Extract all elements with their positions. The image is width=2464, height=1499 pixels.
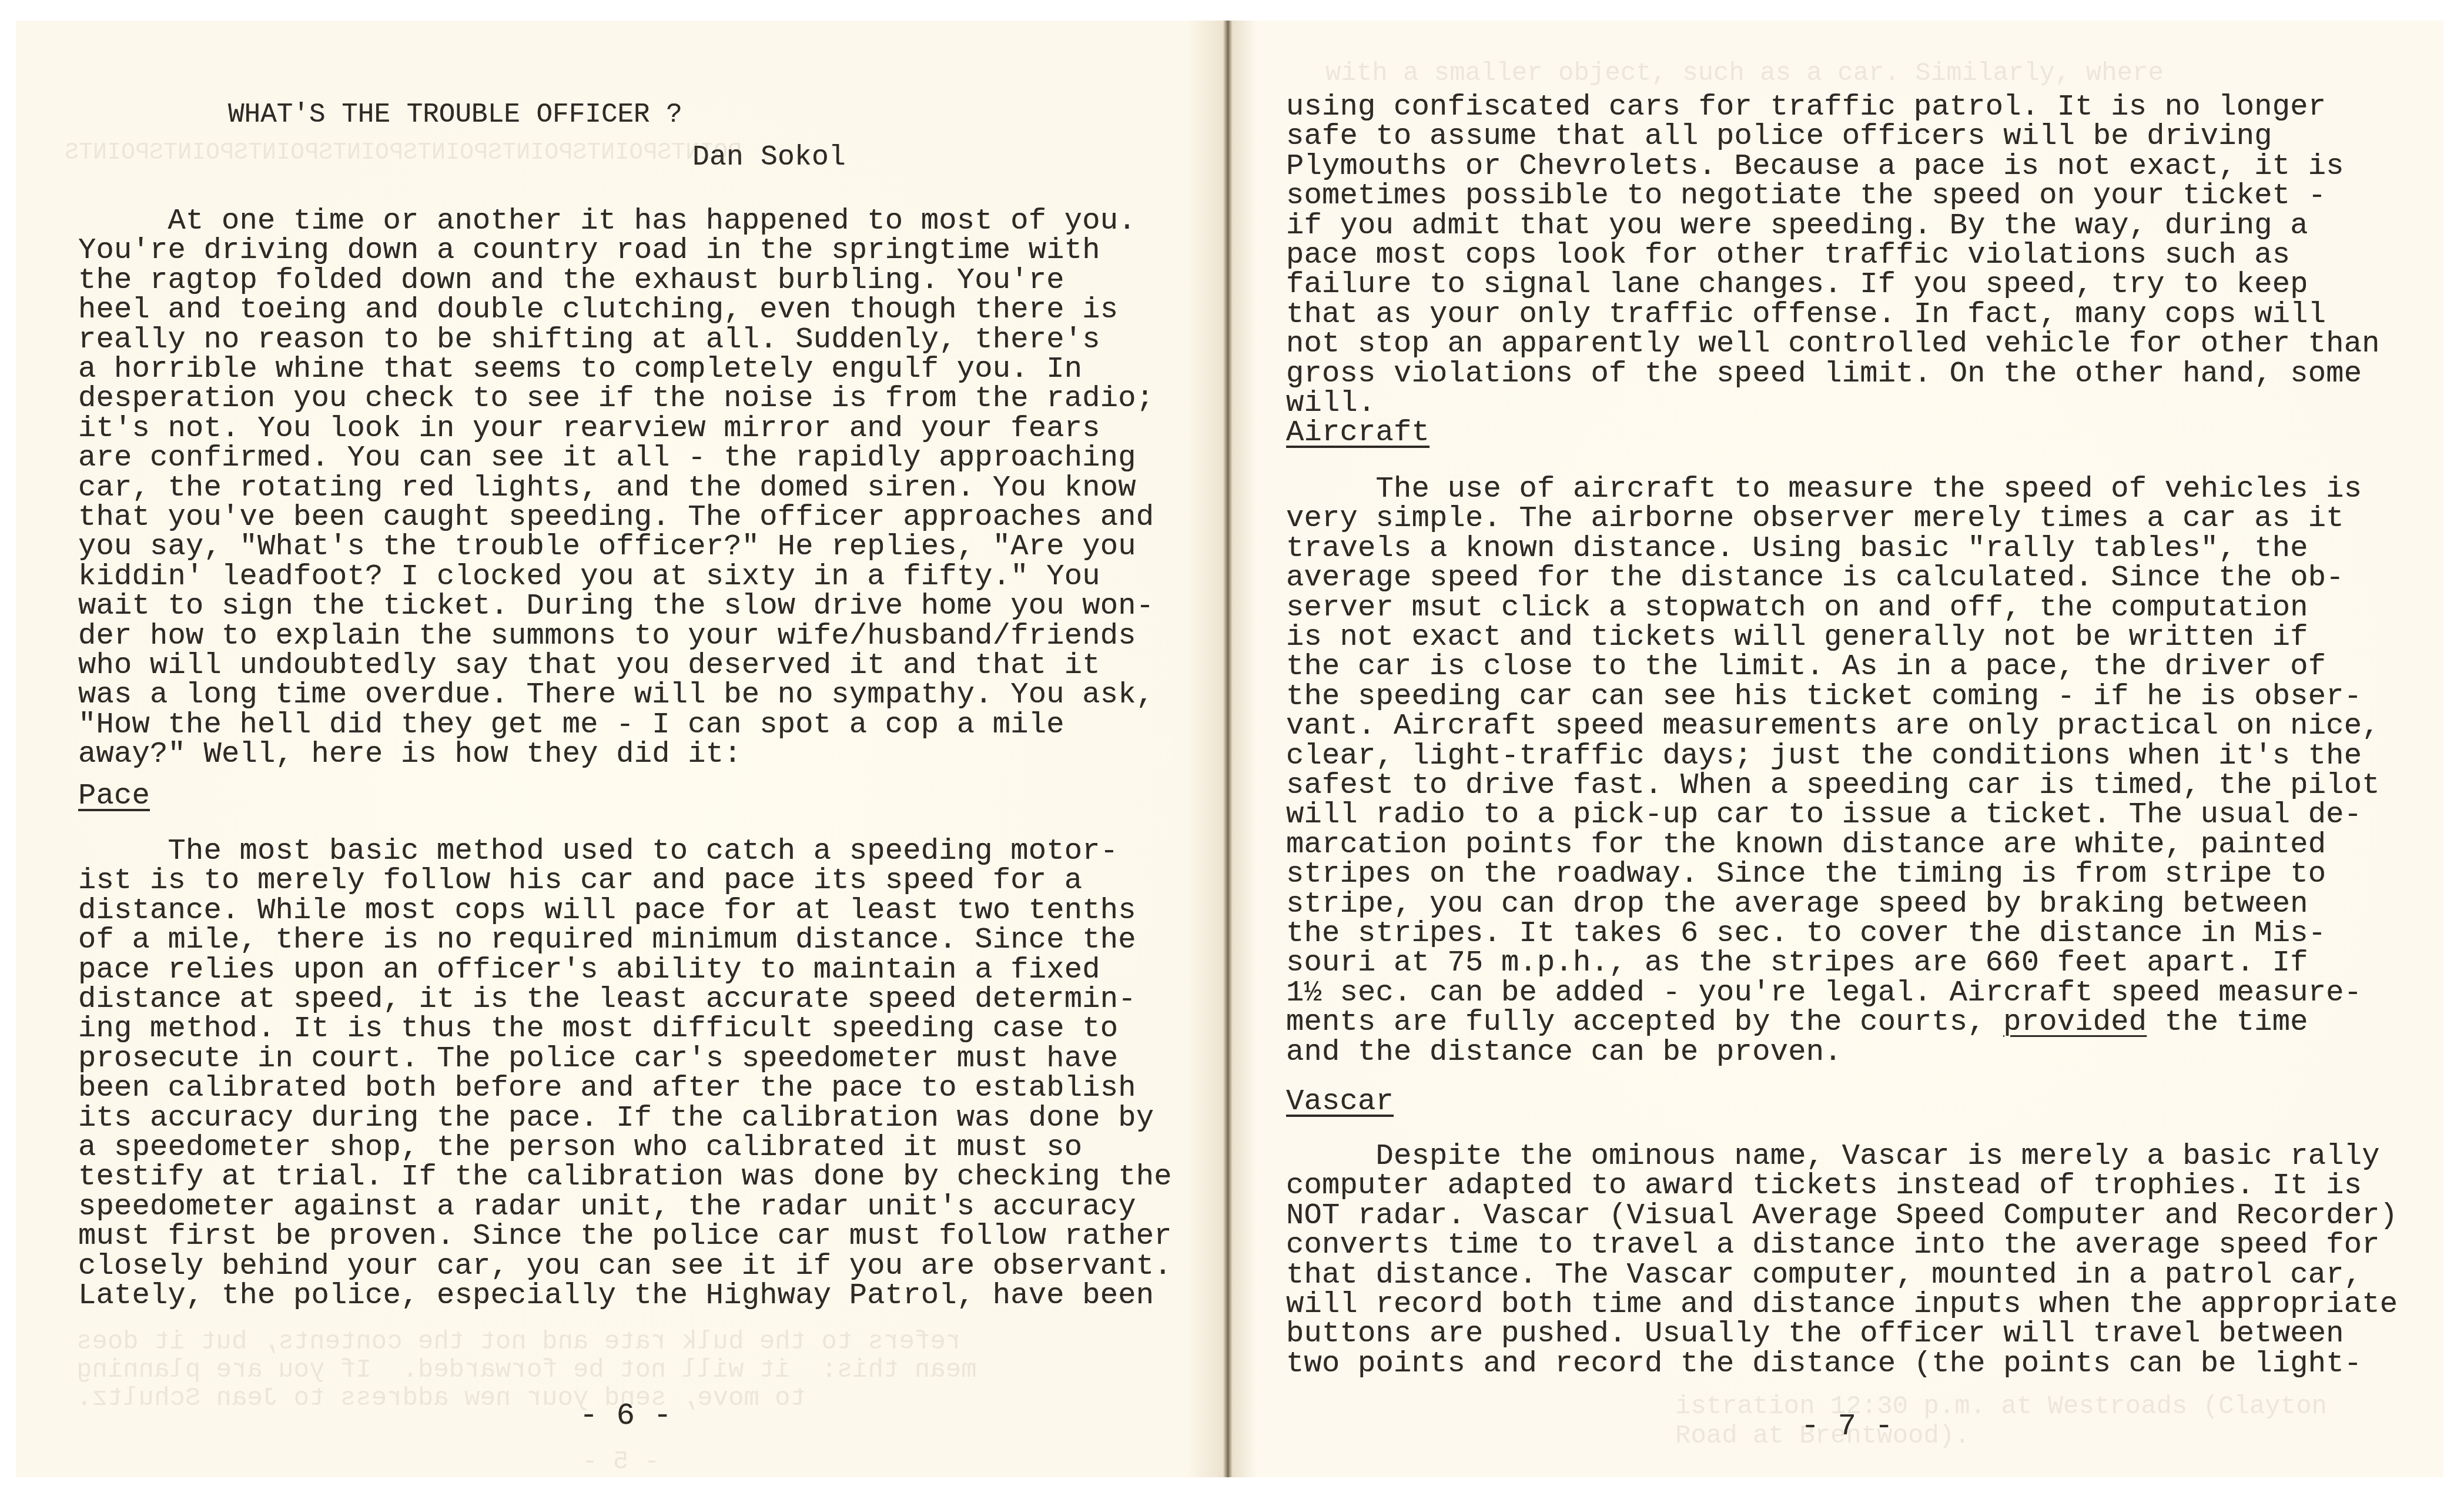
body-line: that as your only traffic offense. In fa… xyxy=(1286,300,2326,330)
section-heading-aircraft: Aircraft xyxy=(1286,419,1429,448)
body-line: away?" Well, here is how they did it: xyxy=(78,740,742,769)
body-line: "How the hell did they get me - I can sp… xyxy=(78,711,1064,740)
body-line: not stop an apparently well controlled v… xyxy=(1286,330,2380,359)
show-through-line: - 5 - xyxy=(582,1447,659,1477)
body-line: Despite the ominous name, Vascar is mere… xyxy=(1286,1142,2380,1172)
body-line: NOT radar. Vascar (Visual Average Speed … xyxy=(1286,1202,2398,1231)
body-line: server msut click a stopwatch on and off… xyxy=(1286,594,2308,623)
show-through-line: Road at Brentwood). xyxy=(1675,1421,1970,1451)
body-line: prosecute in court. The police car's spe… xyxy=(78,1045,1118,1074)
gutter-shadow-right xyxy=(1233,21,1256,1477)
body-line: buttons are pushed. Usually the officer … xyxy=(1286,1320,2344,1349)
body-line: wait to sign the ticket. During the slow… xyxy=(78,592,1154,621)
body-line: pace relies upon an officer's ability to… xyxy=(78,956,1100,985)
body-line: a speedometer shop, the person who calib… xyxy=(78,1133,1082,1163)
body-line: safe to assume that all police officers … xyxy=(1286,122,2272,152)
body-line: marcation points for the known distance … xyxy=(1286,831,2326,860)
body-line: testify at trial. If the calibration was… xyxy=(78,1163,1172,1192)
body-line: must first be proven. Since the police c… xyxy=(78,1222,1172,1252)
body-line: kiddin' leadfoot? I clocked you at sixty… xyxy=(78,563,1100,592)
body-line: stripe, you can drop the average speed b… xyxy=(1286,890,2308,919)
body-line: clear, light-traffic days; just the cond… xyxy=(1286,742,2362,771)
show-through-line: mean this: it will not be forwarded. If … xyxy=(76,1356,976,1385)
body-line: the stripes. It takes 6 sec. to cover th… xyxy=(1286,919,2326,949)
section-heading-vascar: Vascar xyxy=(1286,1088,1394,1117)
show-through-line: POINTSPOINTSPOINTSPOINTSPOINTSPOINTSPOIN… xyxy=(65,139,742,168)
body-line: Lately, the police, especially the Highw… xyxy=(78,1281,1154,1311)
body-line: are confirmed. You can see it all - the … xyxy=(78,444,1136,473)
body-line: car, the rotating red lights, and the do… xyxy=(78,474,1136,503)
body-line: stripes on the roadway. Since the timing… xyxy=(1286,860,2326,889)
body-line: closely behind your car, you can see it … xyxy=(78,1252,1172,1281)
body-line: ments are fully accepted by the courts, … xyxy=(1286,1008,2308,1038)
body-line: the ragtop folded down and the exhaust b… xyxy=(78,266,1064,296)
body-line: who will undoubtedly say that you deserv… xyxy=(78,651,1100,681)
body-line: The use of aircraft to measure the speed… xyxy=(1286,475,2362,504)
show-through-line: to move, send your new address to Jean S… xyxy=(76,1384,806,1413)
body-line: vant. Aircraft speed measurements are on… xyxy=(1286,712,2380,741)
body-line: converts time to travel a distance into … xyxy=(1286,1231,2380,1260)
body-line: 1½ sec. can be added - you're legal. Air… xyxy=(1286,979,2362,1008)
body-line: that you've been caught speeding. The of… xyxy=(78,503,1154,533)
body-line: its accuracy during the pace. If the cal… xyxy=(78,1104,1154,1133)
body-line: computer adapted to award tickets instea… xyxy=(1286,1172,2362,1201)
article-title: WHAT'S THE TROUBLE OFFICER ? xyxy=(228,100,682,129)
body-line: was a long time overdue. There will be n… xyxy=(78,681,1154,710)
body-line: that distance. The Vascar computer, moun… xyxy=(1286,1261,2362,1290)
body-line: the speeding car can see his ticket comi… xyxy=(1286,682,2362,712)
body-line: gross violations of the speed limit. On … xyxy=(1286,360,2362,389)
body-line: been calibrated both before and after th… xyxy=(78,1074,1136,1103)
body-line: the car is close to the limit. As in a p… xyxy=(1286,653,2326,682)
body-line: you say, "What's the trouble officer?" H… xyxy=(78,533,1136,562)
body-line: using confiscated cars for traffic patro… xyxy=(1286,93,2326,122)
show-through-line: refers to the bulk rate and not the cont… xyxy=(76,1327,961,1357)
body-line: distance. While most cops will pace for … xyxy=(78,896,1136,926)
body-line: speedometer against a radar unit, the ra… xyxy=(78,1193,1136,1222)
body-line: ing method. It is thus the most difficul… xyxy=(78,1015,1118,1044)
underlined-word: provided xyxy=(2003,1006,2147,1039)
body-line: distance at speed, it is the least accur… xyxy=(78,985,1136,1015)
body-line: You're driving down a country road in th… xyxy=(78,236,1100,266)
body-line: it's not. You look in your rearview mirr… xyxy=(78,414,1100,444)
show-through-line: with a smaller object, such as a car. Si… xyxy=(1325,59,2164,88)
body-line: is not exact and tickets will generally … xyxy=(1286,623,2308,653)
body-line: of a mile, there is no required minimum … xyxy=(78,926,1136,955)
body-line: Plymouths or Chevrolets. Because a pace … xyxy=(1286,152,2344,182)
body-line: travels a known distance. Using basic "r… xyxy=(1286,534,2308,564)
gutter-shadow-left xyxy=(1187,21,1224,1477)
body-line: if you admit that you were speeding. By … xyxy=(1286,212,2308,241)
body-line: The most basic method used to catch a sp… xyxy=(78,837,1118,866)
body-line: desperation you check to see if the nois… xyxy=(78,384,1154,414)
body-line: a horrible whine that seems to completel… xyxy=(78,355,1082,384)
body-line: very simple. The airborne observer merel… xyxy=(1286,504,2344,534)
body-line: heel and toeing and double clutching, ev… xyxy=(78,296,1118,325)
book-spine xyxy=(1223,21,1233,1477)
show-through-line: istration 12:30 p.m. at Westroads (Clayt… xyxy=(1675,1392,2327,1421)
body-line: souri at 75 m.p.h., as the stripes are 6… xyxy=(1286,949,2308,978)
body-line: and the distance can be proven. xyxy=(1286,1038,1842,1068)
body-line: will. xyxy=(1286,389,1376,419)
body-line: At one time or another it has happened t… xyxy=(78,207,1136,236)
body-line: safest to drive fast. When a speeding ca… xyxy=(1286,771,2380,801)
body-line: average speed for the distance is calcul… xyxy=(1286,564,2344,593)
body-line: will radio to a pick-up car to issue a t… xyxy=(1286,801,2362,830)
body-line: will record both time and distance input… xyxy=(1286,1290,2398,1320)
body-line: two points and record the distance (the … xyxy=(1286,1350,2362,1379)
body-line: der how to explain the summons to your w… xyxy=(78,622,1136,651)
section-heading-pace: Pace xyxy=(78,782,150,811)
body-line: ist is to merely follow his car and pace… xyxy=(78,866,1082,896)
body-line: pace most cops look for other traffic vi… xyxy=(1286,241,2290,270)
body-line: failure to signal lane changes. If you s… xyxy=(1286,270,2308,300)
body-line: really no reason to be shifting at all. … xyxy=(78,326,1100,355)
body-line: sometimes possible to negotiate the spee… xyxy=(1286,182,2326,211)
